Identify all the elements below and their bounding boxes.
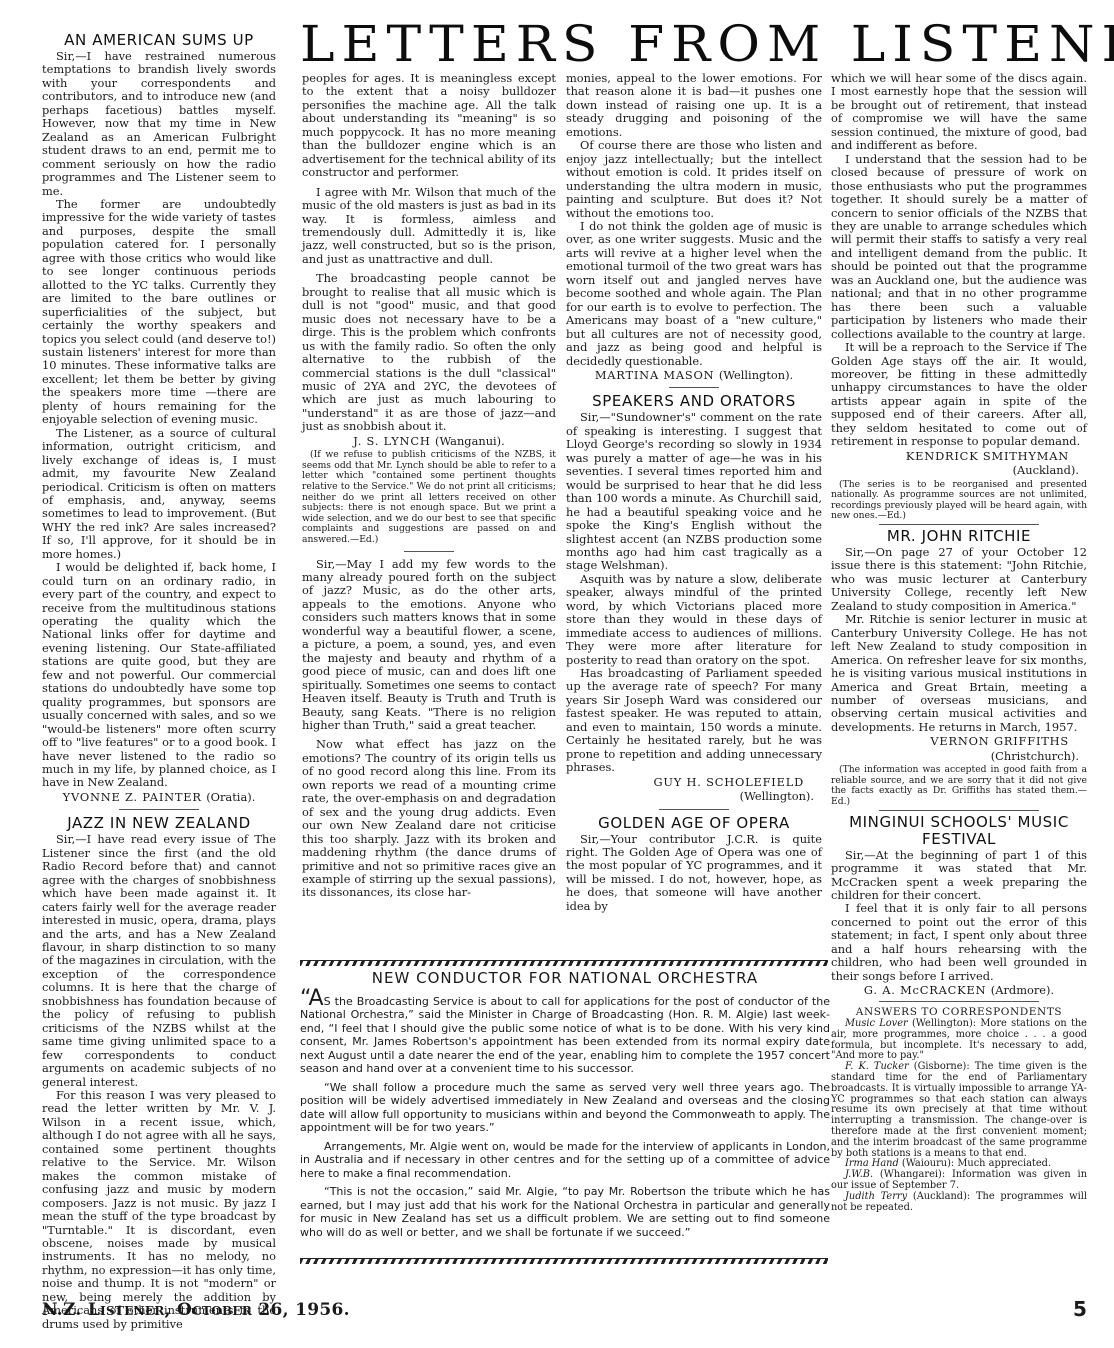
signature: J. S. LYNCH (Wanganui). [302,435,556,448]
paragraph: The Listener, as a source of cultural in… [42,427,276,562]
answer-item: F. K. Tucker (Gisborne): The time given … [831,1062,1087,1159]
feature-paragraph: Arrangements, Mr. Algie went on, would b… [300,1140,830,1181]
feature-paragraph: “AS the Broadcasting Service is about to… [300,992,830,1076]
editor-note: (The series is to be reorganised and pre… [831,480,1087,522]
signature-name: J. S. LYNCH [353,434,430,448]
answer-item: J.W.B. (Whangarei): Information was give… [831,1170,1087,1192]
divider [119,809,199,810]
heading-jazz-in-new-zealand: JAZZ IN NEW ZEALAND [42,815,276,832]
signature-name: VERNON GRIFFITHS [831,735,1087,748]
wavy-divider-bottom [300,1258,828,1264]
paragraph: It will be a reproach to the Service if … [831,341,1087,449]
answer-name: J.W.B. [845,1169,873,1180]
answer-place: (Wellington): [912,1018,976,1029]
signature-name: MARTINA MASON [595,368,715,382]
answer-place: (Auckland): [913,1191,970,1202]
signature-place-text: (Christchurch). [991,749,1079,763]
divider [669,387,719,388]
feature-paragraph: “This is not the occasion,” said Mr. Alg… [300,1185,830,1239]
wavy-divider-top [300,960,828,966]
answer-place: (Gisborne): [914,1061,970,1072]
feature-article: NEW CONDUCTOR FOR NATIONAL ORCHESTRA “AS… [300,970,830,1244]
answer-item: Judith Terry (Auckland): The programmes … [831,1192,1087,1214]
paragraph: monies, appeal to the lower emotions. Fo… [566,72,822,139]
heading-american-sums-up: AN AMERICAN SUMS UP [42,32,276,49]
paragraph: Sir,—I have restrained numerous temptati… [42,50,276,198]
divider [659,809,729,810]
paragraph: Now what effect has jazz on the emotions… [302,738,556,899]
divider [879,810,1039,811]
signature-place: (Wanganui). [435,434,505,448]
editor-note: (If we refuse to publish criticisms of t… [302,450,556,545]
answer-name: Irma Hand [845,1158,899,1169]
column-2: peoples for ages. It is meaningless exce… [302,72,556,900]
answer-name: Music Lover [845,1018,908,1029]
signature-place: (Auckland). [831,464,1087,477]
heading-speakers-and-orators: SPEAKERS AND ORATORS [566,393,822,410]
page-title: LETTERS FROM LISTENERS [300,18,1112,71]
paragraph: I feel that it is only fair to all perso… [831,902,1087,983]
heading-golden-age-of-opera: GOLDEN AGE OF OPERA [566,815,822,832]
signature-name: KENDRICK SMITHYMAN [831,450,1087,463]
feature-paragraph: “We shall follow a procedure much the sa… [300,1081,830,1135]
paragraph: I would be delighted if, back home, I co… [42,561,276,790]
signature-place: (Wellington). [719,368,793,382]
answer-text: Much appreciated. [957,1158,1051,1169]
signature-place: (Christchurch). [831,750,1087,763]
divider [879,524,1039,525]
answer-text: The time given is the standard time for … [831,1061,1087,1158]
paragraph: I do not think the golden age of music i… [566,220,822,368]
signature-place: (Ardmore). [991,983,1054,997]
paragraph: For this reason I was very pleased to re… [42,1089,276,1331]
signature: YVONNE Z. PAINTER (Oratia). [42,791,276,804]
answer-item: Music Lover (Wellington): More stations … [831,1019,1087,1062]
signature-place: (Wellington). [566,790,822,803]
paragraph: peoples for ages. It is meaningless exce… [302,72,556,180]
paragraph: The broadcasting people cannot be brough… [302,272,556,433]
column-1: AN AMERICAN SUMS UP Sir,—I have restrain… [42,30,276,1331]
paragraph: I agree with Mr. Wilson that much of the… [302,186,556,267]
paragraph: Sir,—At the beginning of part 1 of this … [831,849,1087,903]
signature-place-text: (Auckland). [1013,463,1079,477]
heading-mr-john-ritchie: MR. JOHN RITCHIE [831,528,1087,545]
paragraph: Sir,—Your contributor J.C.R. is quite ri… [566,833,822,914]
signature: G. A. McCRACKEN (Ardmore). [831,984,1087,997]
paragraph: Sir,—"Sundowner's" comment on the rate o… [566,411,822,572]
paragraph: which we will hear some of the discs aga… [831,72,1087,153]
paragraph: I understand that the session had to be … [831,153,1087,341]
paragraph: Sir,—I have read every issue of The List… [42,833,276,1089]
drop-cap: “A [300,986,324,1011]
signature-place: (Oratia). [206,790,255,804]
paragraph: Of course there are those who listen and… [566,139,822,220]
paragraph: Sir,—May I add my few words to the many … [302,558,556,733]
heading-minginui-schools-music-festival: MINGINUI SCHOOLS' MUSIC FESTIVAL [831,814,1087,848]
editor-note: (The information was accepted in good fa… [831,765,1087,807]
signature-name: YVONNE Z. PAINTER [63,790,202,804]
divider [879,1001,1039,1002]
column-3: monies, appeal to the lower emotions. Fo… [566,72,822,913]
paragraph: Asquith was by nature a slow, deliberate… [566,573,822,667]
answer-name: F. K. Tucker [845,1061,909,1072]
divider [404,551,454,552]
paragraph: Mr. Ritchie is senior lecturer in music … [831,613,1087,734]
page-number: 5 [1073,1297,1087,1321]
paragraph: Sir,—On page 27 of your October 12 issue… [831,546,1087,613]
answer-place: (Whangarei): [880,1169,945,1180]
signature-place-text: (Wellington). [740,789,814,803]
paragraph: Has broadcasting of Parliament speeded u… [566,667,822,775]
signature: MARTINA MASON (Wellington). [566,369,822,382]
column-4: which we will hear some of the discs aga… [831,72,1087,1213]
feature-heading: NEW CONDUCTOR FOR NATIONAL ORCHESTRA [300,972,830,986]
answers-heading: ANSWERS TO CORRESPONDENTS [831,1006,1087,1019]
signature-name: G. A. McCRACKEN [864,983,986,997]
feature-lead-text: S the Broadcasting Service is about to c… [300,995,830,1076]
signature-name: GUY H. SCHOLEFIELD [566,776,822,789]
publication-footer: N.Z. Listener, October 26, 1956. [42,1300,350,1320]
paragraph: The former are undoubtedly impressive fo… [42,198,276,427]
answer-name: Judith Terry [845,1191,907,1202]
answer-place: (Waiouru): [902,1158,954,1169]
